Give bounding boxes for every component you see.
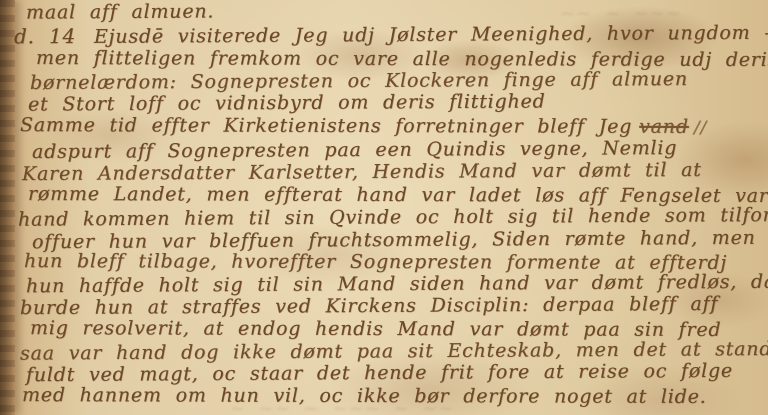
line-text: børnelærdom: Sognepresten oc Klockeren f… xyxy=(30,68,688,94)
manuscript-line: maal aff almuen. xyxy=(26,0,214,23)
line-text: mig resolverit, at endog hendis Mand var… xyxy=(30,317,721,341)
line-text: rømme Landet, men effterat hand var lade… xyxy=(28,183,768,207)
line-text: Ejusdē visiterede Jeg udj Jølster Meenig… xyxy=(94,22,768,48)
verso-bleedthrough-mark: ~~ ~ ~~~ xyxy=(560,3,682,24)
struck-word: vand xyxy=(639,116,689,138)
manuscript-line: rømme Landet, men effterat hand var lade… xyxy=(28,183,768,207)
manuscript-line: et Stort loff oc vidnisbyrd om deris fli… xyxy=(28,90,546,115)
manuscript-line: d. 14Ejusdē visiterede Jeg udj Jølster M… xyxy=(14,21,768,49)
manuscript-line: hun bleff tilbage, hvoreffter Sogneprest… xyxy=(24,250,727,274)
manuscript-line: mig resolverit, at endog hendis Mand var… xyxy=(30,317,721,341)
manuscript-text: maal aff almuen.d. 14Ejusdē visiterede J… xyxy=(0,0,768,415)
line-text: maal aff almuen. xyxy=(26,0,214,23)
line-text: hun bleff tilbage, hvoreffter Sogneprest… xyxy=(24,250,727,274)
line-text: fuldt ved magt, oc staar det hende frit … xyxy=(26,360,733,386)
line-text: Samme tid effter Kirketienistens forretn… xyxy=(20,114,632,138)
line-text: et Stort loff oc vidnisbyrd om deris fli… xyxy=(28,90,546,115)
manuscript-line: børnelærdom: Sognepresten oc Klockeren f… xyxy=(30,68,688,94)
manuscript-line: burde hun at straffes ved Kirckens Disci… xyxy=(20,293,718,319)
verso-bleedthrough-mark: ~ ~~ ~ ~~~ ~ ~~ xyxy=(230,398,454,415)
manuscript-line: fuldt ved magt, oc staar det hende frit … xyxy=(26,360,733,386)
correction-slashes: // xyxy=(694,118,707,138)
line-text: burde hun at straffes ved Kirckens Disci… xyxy=(20,293,718,319)
line-text: Karen Andersdatter Karlsetter, Hendis Ma… xyxy=(22,159,702,185)
line-text: offuer hun var bleffuen fruchtsommelig, … xyxy=(32,227,756,253)
manuscript-line: Samme tid effter Kirketienistens forretn… xyxy=(20,114,707,139)
manuscript-line: Karen Andersdatter Karlsetter, Hendis Ma… xyxy=(22,159,702,185)
margin-date-label: d. 14 xyxy=(14,24,76,48)
manuscript-page: maal aff almuen.d. 14Ejusdē visiterede J… xyxy=(0,0,768,415)
manuscript-line: offuer hun var bleffuen fruchtsommelig, … xyxy=(32,227,756,253)
